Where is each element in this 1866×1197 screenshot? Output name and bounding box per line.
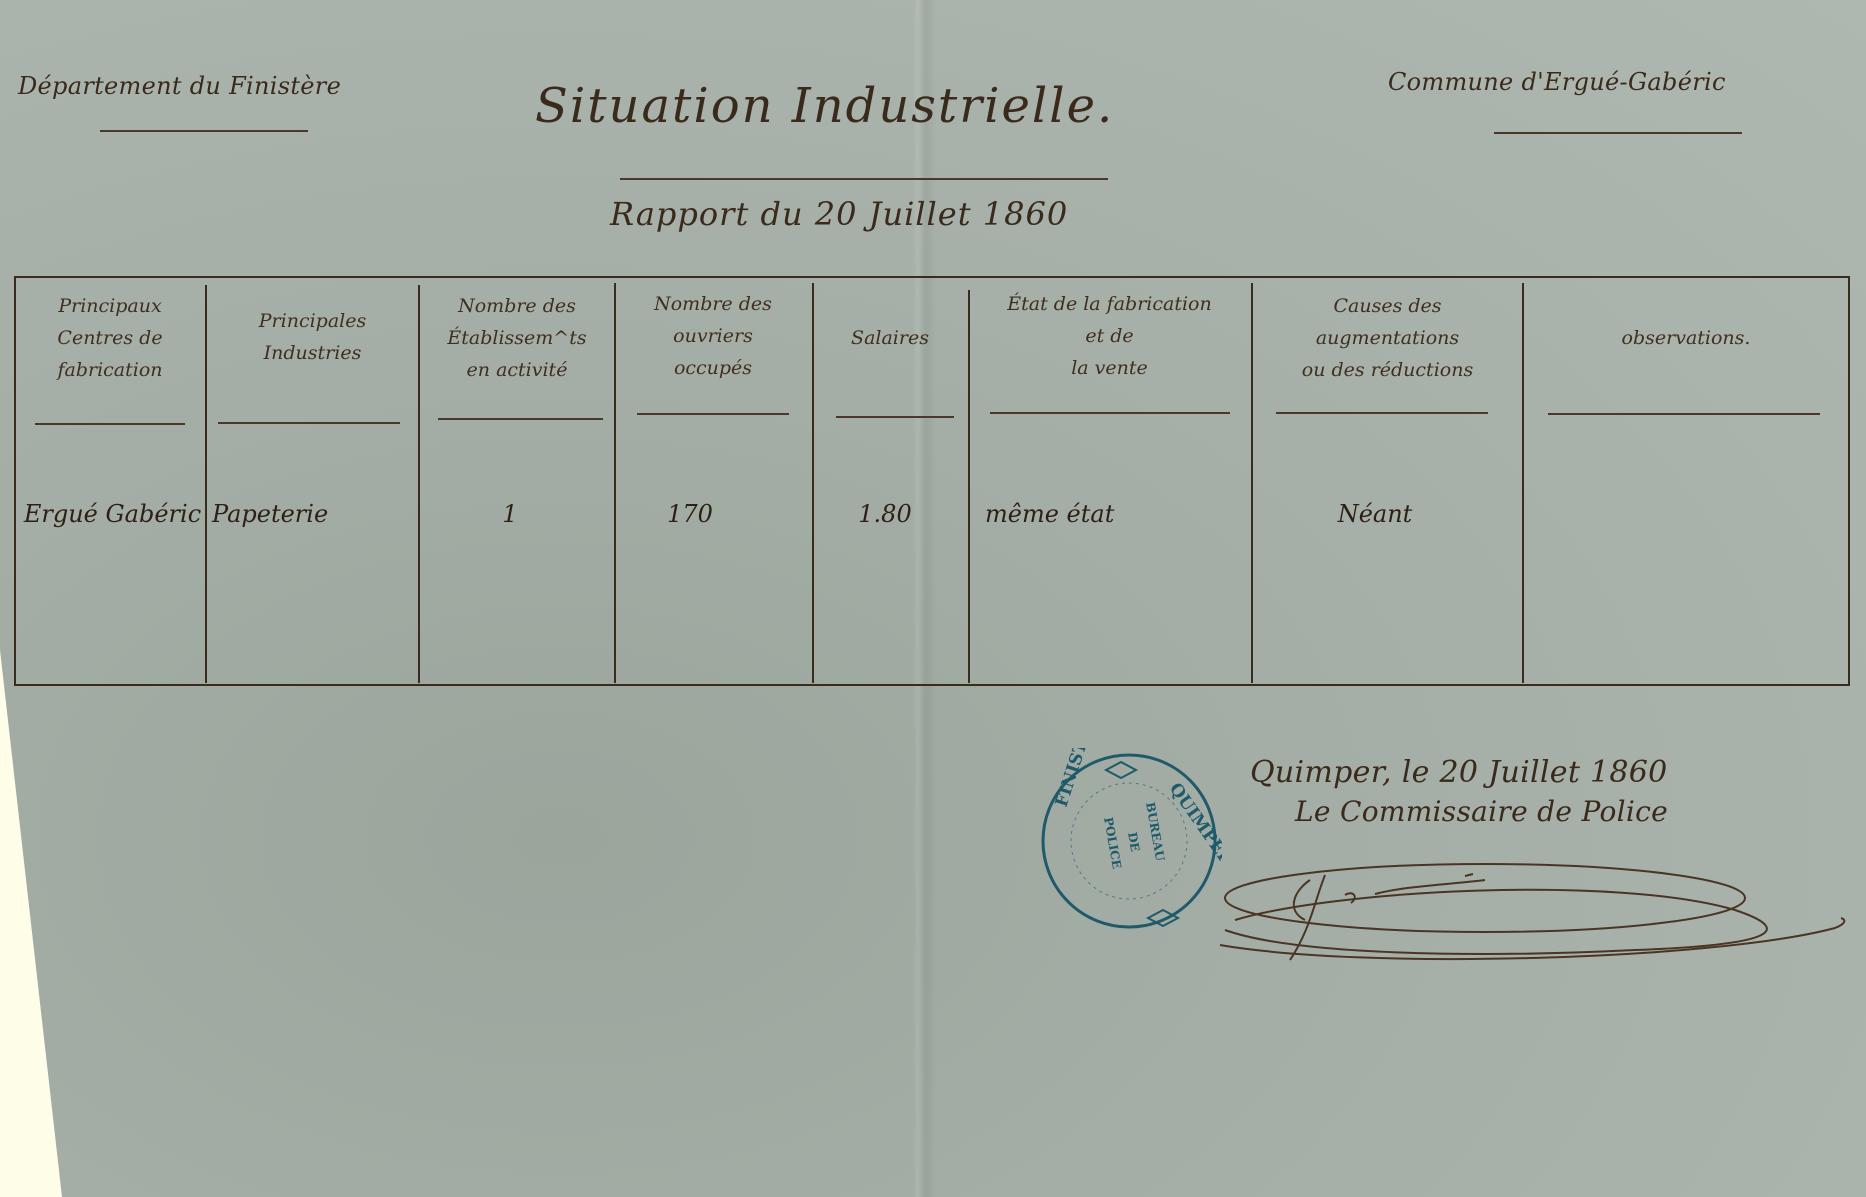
department-heading: Département du Finistère bbox=[18, 72, 341, 100]
column-header-etablissements: Nombre des Établissem^ts en activité bbox=[422, 290, 612, 386]
column-divider bbox=[418, 285, 420, 683]
header-line: augmentations bbox=[1255, 322, 1520, 354]
commune-heading: Commune d'Ergué-Gabéric bbox=[1388, 68, 1726, 96]
report-date: Rapport du 20 Juillet 1860 bbox=[610, 195, 1068, 233]
header-line: ouvriers bbox=[618, 320, 808, 352]
header-line: Établissem^ts bbox=[422, 322, 612, 354]
header-line: fabrication bbox=[20, 354, 200, 386]
header-line: ou des réductions bbox=[1255, 354, 1520, 386]
header-underline bbox=[218, 422, 400, 424]
column-header-causes: Causes des augmentations ou des réductio… bbox=[1255, 290, 1520, 386]
column-divider bbox=[205, 285, 207, 683]
cell-centre: Ergué Gabéric bbox=[20, 500, 205, 528]
header-underline bbox=[836, 416, 954, 418]
column-divider bbox=[614, 283, 616, 683]
column-header-industries: Principales Industries bbox=[210, 305, 415, 369]
cell-etat: même état bbox=[985, 500, 1160, 528]
header-line: État de la fabrication bbox=[972, 288, 1247, 320]
svg-text:FINISTÈRE: FINISTÈRE bbox=[1051, 748, 1105, 810]
column-header-ouvriers: Nombre des ouvriers occupés bbox=[618, 288, 808, 384]
svg-text:BUREAU: BUREAU bbox=[1143, 801, 1167, 863]
commune-underline bbox=[1494, 132, 1742, 134]
header-line: occupés bbox=[618, 352, 808, 384]
cell-ouvriers: 170 bbox=[640, 500, 740, 528]
cell-industrie: Papeterie bbox=[212, 500, 362, 528]
cell-causes: Néant bbox=[1300, 500, 1450, 528]
cell-etablissements: 1 bbox=[460, 500, 560, 528]
column-header-centres: Principaux Centres de fabrication bbox=[20, 290, 200, 386]
column-header-observations: observations. bbox=[1526, 322, 1846, 354]
department-underline bbox=[100, 130, 308, 132]
header-underline bbox=[637, 413, 789, 415]
title-underline bbox=[620, 178, 1108, 180]
header-line: Nombre des bbox=[618, 288, 808, 320]
header-line: Centres de bbox=[20, 322, 200, 354]
header-line: et de bbox=[972, 320, 1247, 352]
header-line: Principales bbox=[210, 305, 415, 337]
header-line: Nombre des bbox=[422, 290, 612, 322]
column-header-salaires: Salaires bbox=[815, 322, 965, 354]
column-divider bbox=[1251, 283, 1253, 683]
header-underline bbox=[35, 423, 185, 425]
signature-paraph-icon bbox=[1215, 850, 1855, 970]
signature bbox=[1215, 850, 1855, 974]
column-header-etat: État de la fabrication et de la vente bbox=[972, 288, 1247, 384]
header-underline bbox=[990, 412, 1230, 414]
police-stamp: QUIMPER FINISTÈRE BUREAU DE POLICE bbox=[1036, 748, 1222, 938]
document-title: Situation Industrielle. bbox=[535, 78, 1114, 134]
column-divider bbox=[968, 290, 970, 683]
header-line: observations. bbox=[1526, 322, 1846, 354]
place-and-date: Quimper, le 20 Juillet 1860 bbox=[1250, 755, 1668, 790]
header-underline bbox=[438, 418, 603, 420]
cell-salaires: 1.80 bbox=[830, 500, 940, 528]
header-line: Industries bbox=[210, 337, 415, 369]
header-line: Principaux bbox=[20, 290, 200, 322]
header-underline bbox=[1276, 412, 1488, 414]
column-divider bbox=[812, 283, 814, 683]
svg-text:QUIMPER: QUIMPER bbox=[1165, 779, 1222, 870]
column-divider bbox=[1522, 283, 1524, 683]
header-line: en activité bbox=[422, 354, 612, 386]
svg-text:DE: DE bbox=[1125, 831, 1142, 853]
stamp-seal-icon: QUIMPER FINISTÈRE BUREAU DE POLICE bbox=[1036, 748, 1222, 934]
svg-text:POLICE: POLICE bbox=[1101, 816, 1124, 870]
header-line: Salaires bbox=[815, 322, 965, 354]
officer-title: Le Commissaire de Police bbox=[1295, 795, 1668, 828]
header-line: Causes des bbox=[1255, 290, 1520, 322]
header-line: la vente bbox=[972, 352, 1247, 384]
header-underline bbox=[1548, 413, 1820, 415]
